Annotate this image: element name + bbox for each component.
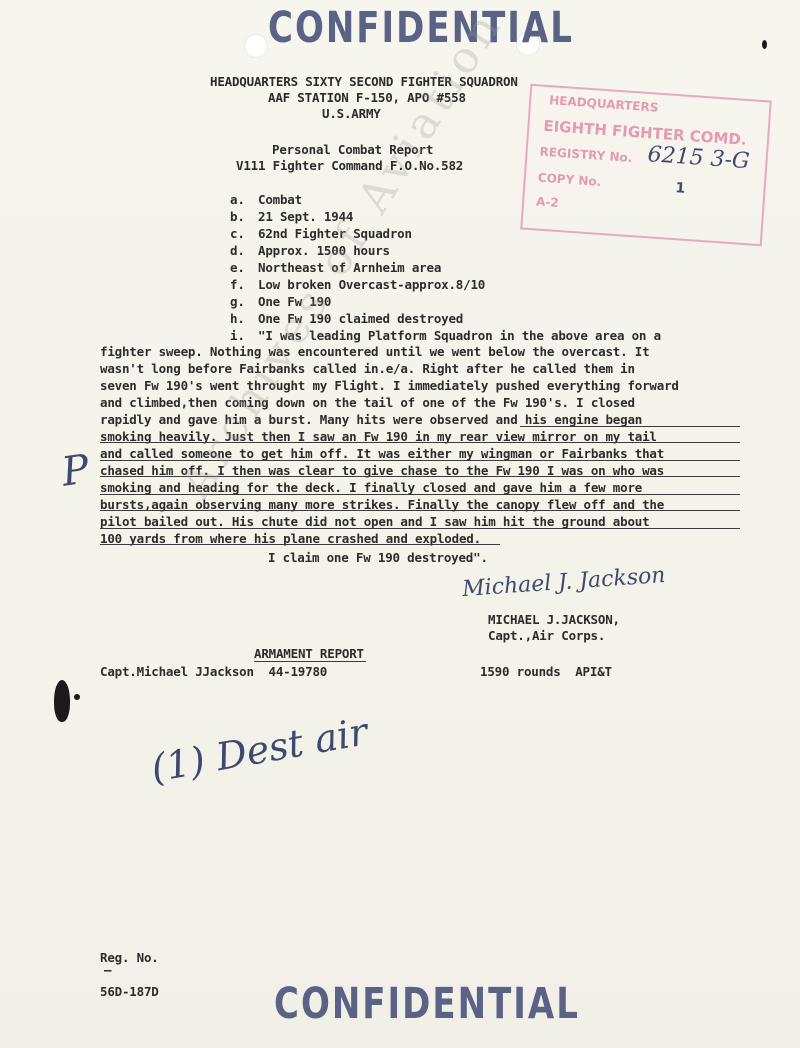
item-letter: b. xyxy=(230,209,245,224)
armament-pilot: Capt.Michael JJackson 44-19780 xyxy=(100,664,327,679)
registry-stamp-line1: HEADQUARTERS xyxy=(549,93,659,115)
item-text: Combat xyxy=(258,192,302,207)
armament-heading: ARMAMENT REPORT xyxy=(254,646,364,661)
copy-label: COPY No. xyxy=(537,171,601,189)
item-letter: d. xyxy=(230,243,245,258)
narrative-line: fighter sweep. Nothing was encountered u… xyxy=(100,344,649,359)
registry-label: REGISTRY No. xyxy=(539,145,633,165)
narrative-line: rapidly and gave him a burst. Many hits … xyxy=(100,412,642,427)
signature-name: MICHAEL J.JACKSON, xyxy=(488,612,620,627)
narrative-line: seven Fw 190's went throught my Flight. … xyxy=(100,378,679,393)
copy-number: 1 xyxy=(675,180,686,197)
item-letter: i. xyxy=(230,328,245,343)
doc-code: 56D-187D xyxy=(100,984,159,999)
item-letter: a. xyxy=(230,192,245,207)
confidential-stamp-top: CONFIDENTIAL xyxy=(268,3,574,53)
strikethrough xyxy=(100,528,740,529)
registry-stamp: HEADQUARTERS EIGHTH FIGHTER COMD. REGIST… xyxy=(520,84,772,247)
signature-handwritten: Michael J. Jackson xyxy=(461,563,666,602)
heading-underline xyxy=(254,661,366,662)
narrative-line: and climbed,then coming down on the tail… xyxy=(100,395,635,410)
item-letter: f. xyxy=(230,277,245,292)
document-page: CONFIDENTIAL HEADQUARTERS SIXTY SECOND F… xyxy=(0,0,800,1048)
punch-hole xyxy=(244,34,268,58)
reg-no-dash: — xyxy=(104,962,111,977)
narrative-line: wasn't long before Fairbanks called in.e… xyxy=(100,361,635,376)
header-line-3: U.S.ARMY xyxy=(322,106,381,121)
registry-stamp-line2: EIGHTH FIGHTER COMD. xyxy=(543,117,747,149)
item-letter: c. xyxy=(230,226,245,241)
stamp-code: A-2 xyxy=(536,194,560,210)
claim-line: I claim one Fw 190 destroyed". xyxy=(268,550,488,565)
margin-mark: P xyxy=(59,446,92,495)
signature-rank: Capt.,Air Corps. xyxy=(488,628,605,643)
narrative-line: pilot bailed out. His chute did not open… xyxy=(100,514,649,529)
item-letter: g. xyxy=(230,294,245,309)
strikethrough xyxy=(100,510,740,511)
strikethrough xyxy=(520,426,740,427)
strikethrough xyxy=(100,544,500,545)
confidential-stamp-bottom: CONFIDENTIAL xyxy=(274,979,580,1029)
item-letter: e. xyxy=(230,260,245,275)
ink-blot xyxy=(54,680,70,722)
armament-rounds: 1590 rounds API&T xyxy=(480,664,612,679)
handwritten-note: (1) Dest air xyxy=(148,709,371,790)
item-letter: h. xyxy=(230,311,245,326)
ink-spot xyxy=(74,694,80,700)
ink-spot xyxy=(762,40,767,49)
